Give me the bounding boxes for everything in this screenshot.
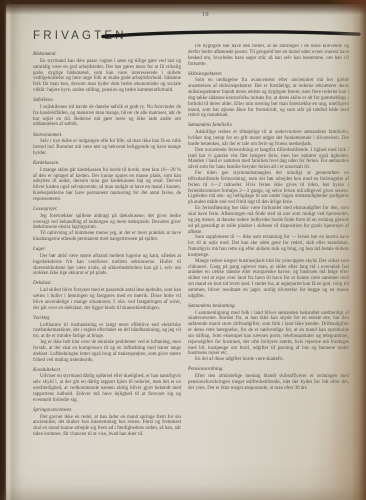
paragraph: En del af disse udgifter burde være skat… [188,357,349,363]
section-heading: Værktøj. [33,316,181,322]
paragraph: Mange redere nægter hustrusejlads blot f… [188,259,349,300]
section-heading: Skibsinspektører. [188,72,349,78]
paragraph: De dygtigste bør have den fordel, at de … [188,44,349,67]
section-heading: Lossegrejer. [33,207,181,213]
paragraph: I sejlskibenes tid havde de danske søfol… [33,105,181,128]
paragraph: Det gavner ikke en reder, at han lader e… [33,415,181,438]
paragraph: Adskillige redere er tilbøjelige til at … [188,130,349,148]
section-heading: Storesrummet. [33,133,181,139]
paragraph: Som en undtagelse fra avancement efter a… [188,78,349,119]
section-heading: Dekslast. [33,281,181,287]
paragraph: Jeg er ikke helt klar over de tekniske p… [33,340,181,363]
paragraph: I mange skibe går kædekassen fra borde t… [33,168,181,203]
section-heading: Luger. [33,247,181,253]
book-photo: 10 FRIVAGTEN Bådsmænd.En styrmand kan ik… [0,0,366,500]
text-columns: Bådsmænd.En styrmand kan ikke passe vagt… [33,44,349,456]
section-heading: Sømandens beskatning. [188,304,349,310]
paragraph: En ferieafløsning bør ikke være forbunde… [188,206,349,235]
paragraph: Lad skibet blive forsynet med et passend… [33,288,181,311]
left-column: Bådsmænd.En styrmand kan ikke passe vagt… [33,44,181,456]
magazine-page: 10 FRIVAGTEN Bådsmænd.En styrmand kan ik… [6,4,366,500]
right-column: De dygtigste bør have den fordel, at de … [188,44,349,456]
section-heading: Kædekassen. [33,161,181,167]
paragraph: Lufthamre til rustbankning er langt mere… [33,323,181,341]
paragraph: Til ophivning af bommene mener jeg, at d… [33,231,181,243]
section-heading: Pensionsordning. [188,367,349,373]
paragraph: Som supplement til — ikke som erstatning… [188,235,349,258]
section-heading: Springavancement. [33,408,181,414]
section-heading: Sømandens familieliv. [188,123,349,129]
page-number: 10 [202,12,209,18]
paragraph: En styrmand kan ikke passe vagten i søen… [33,59,181,94]
section-heading: Konduitekort. [33,368,181,374]
paragraph: Den nuværende ferieordning er langtfra t… [188,148,349,171]
paragraph: Jeg foretrækker spillene anbragt på dæks… [33,214,181,232]
paragraph: Udviser en styrmand dårlig opførsel elle… [33,374,181,403]
paragraph: I sammenligning med folk i land bliver s… [188,311,349,358]
header-rule [101,29,363,39]
paragraph: Der bør altid være større afstand mellem… [33,254,181,277]
masthead-row: FRIVAGTEN [33,26,359,42]
section-heading: Bådsmænd. [33,52,181,58]
paragraph: For tiden gør styrmandsmanglen det umuli… [188,171,349,206]
paragraph: Efter den almindelige mening blandt skib… [188,374,349,392]
paragraph: Selv i nye skibe er indgangen ofte for l… [33,139,181,157]
section-heading: Søfolkene. [33,98,181,104]
